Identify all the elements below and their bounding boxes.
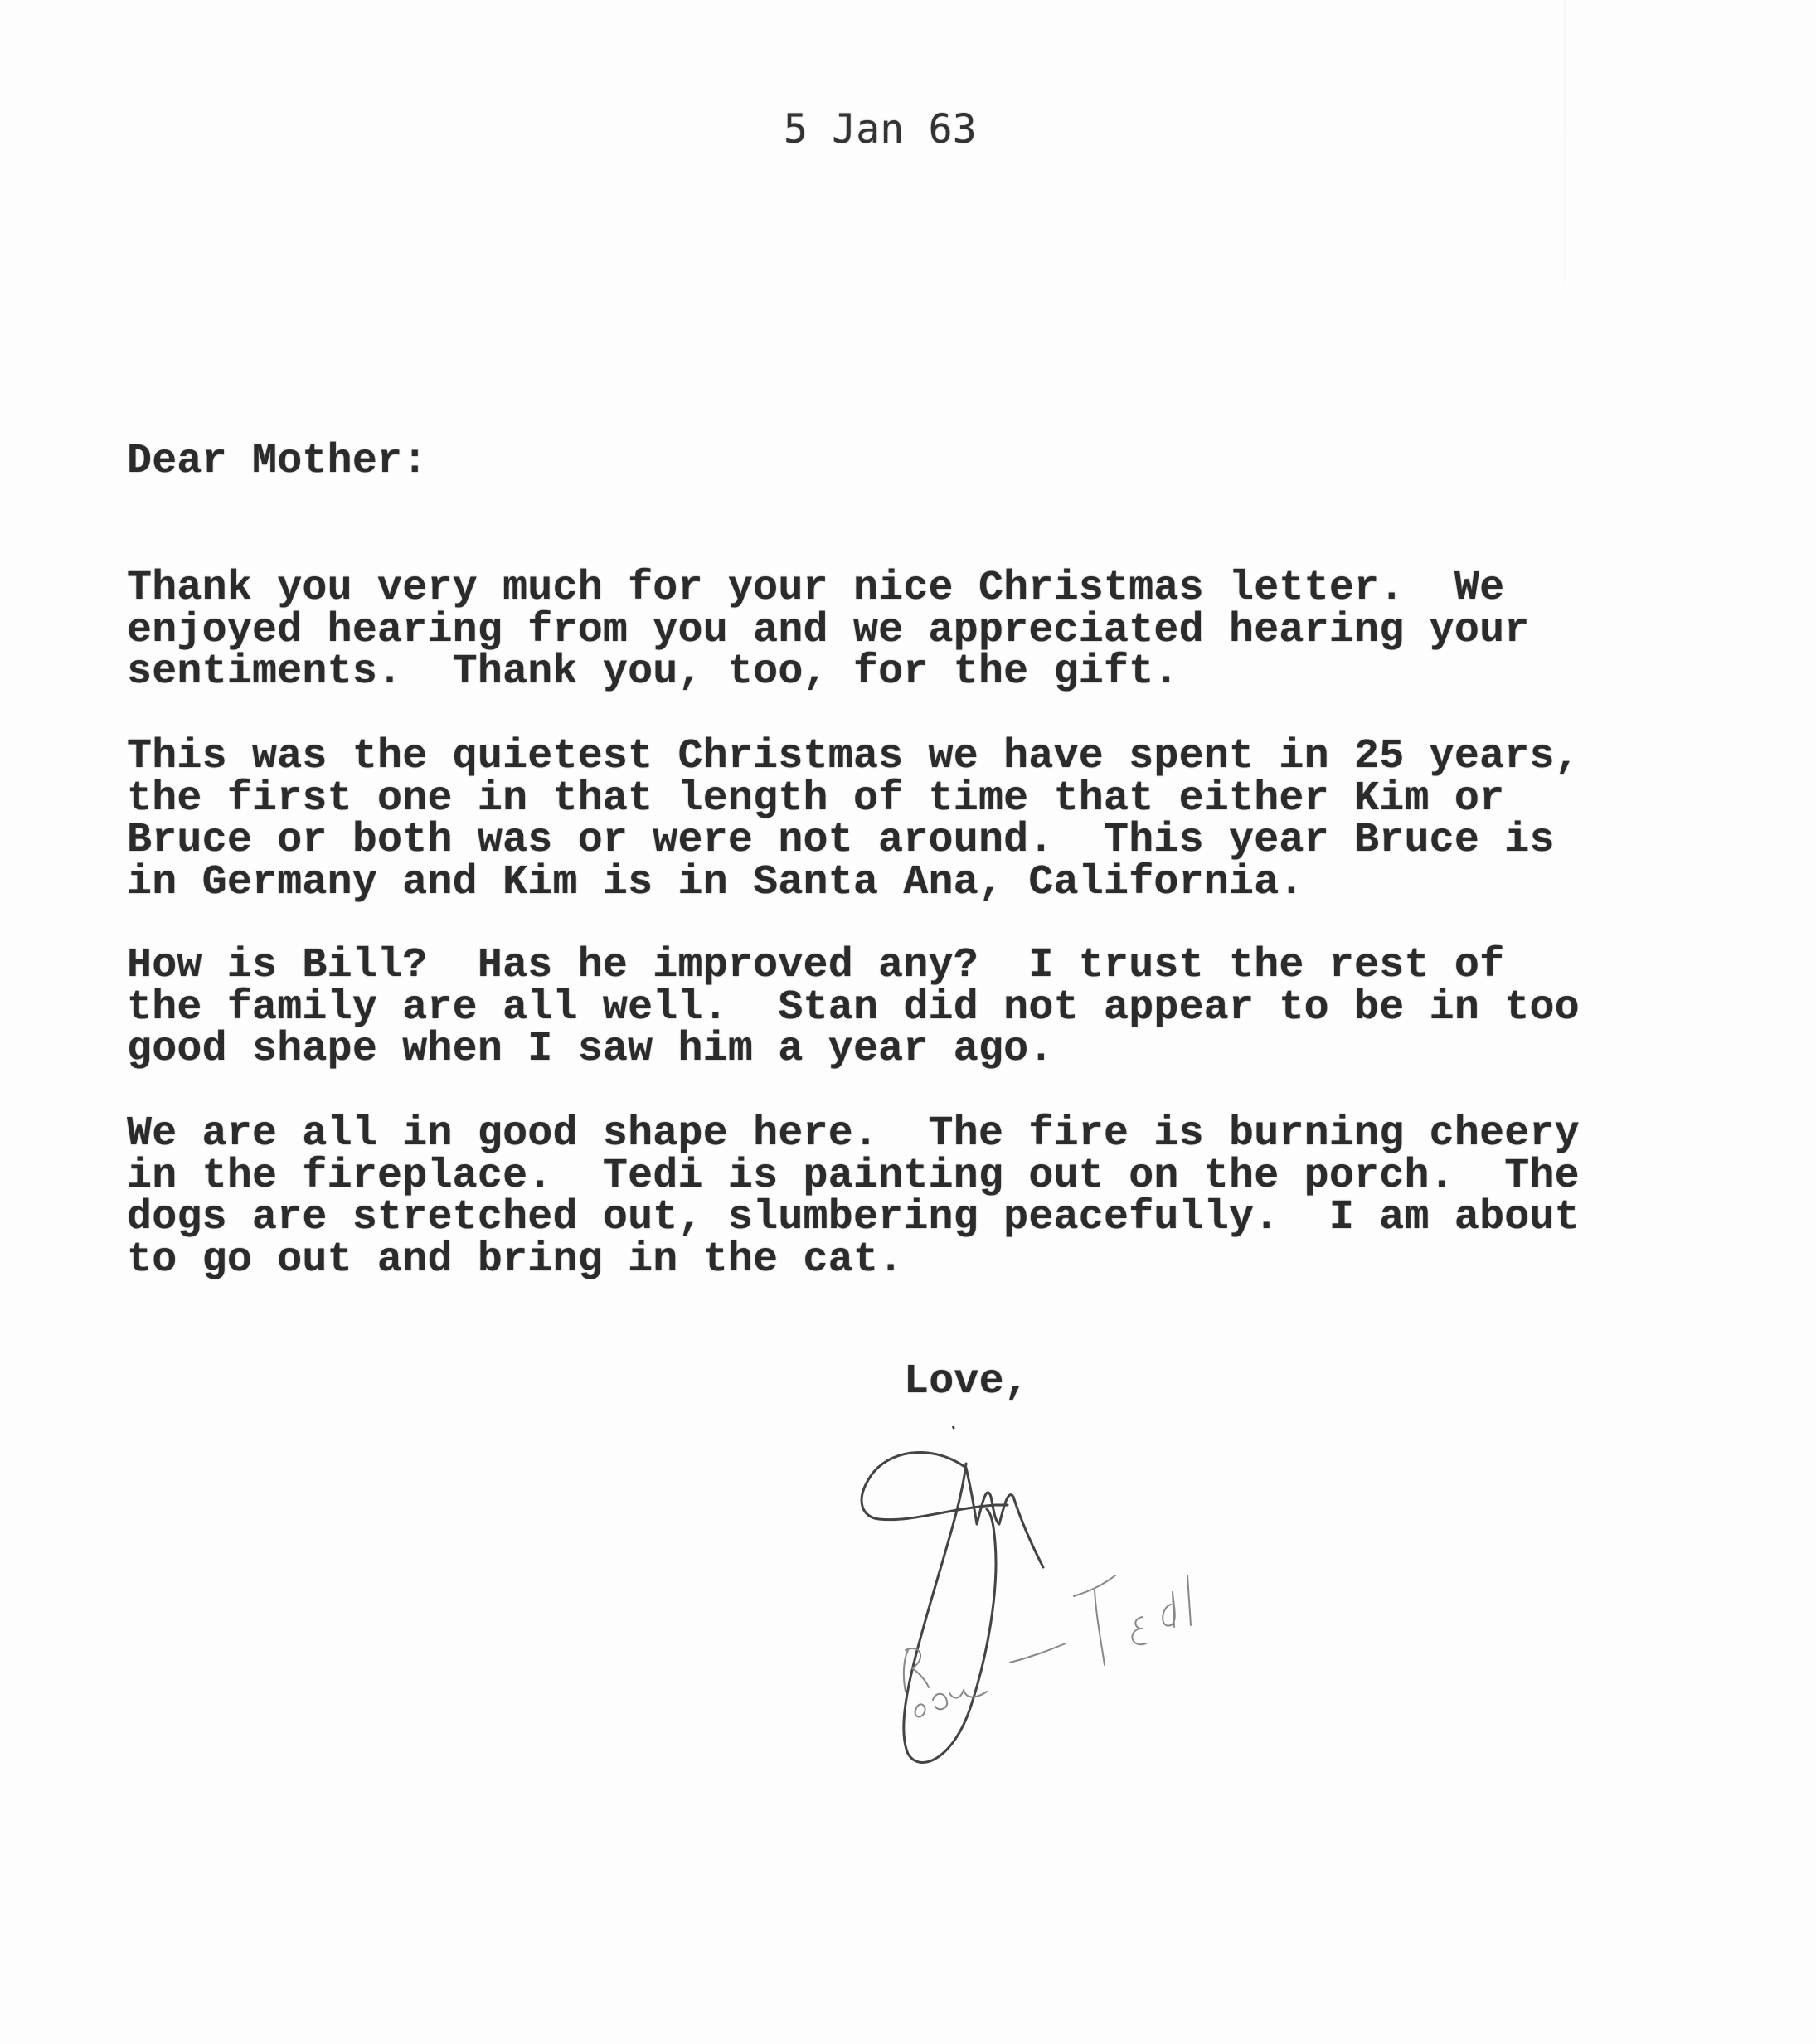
paragraph-line: good shape when I saw him a year ago.	[127, 1029, 1580, 1071]
paragraph-1: Thank you very much for your nice Christ…	[127, 568, 1529, 694]
paragraph-line: Thank you very much for your nice Christ…	[127, 568, 1529, 610]
paragraph-line: This was the quietest Christmas we have …	[127, 736, 1580, 779]
handwritten-signature: Jim	[829, 1426, 1410, 1791]
paragraph-line: dogs are stretched out, slumbering peace…	[127, 1197, 1580, 1240]
paragraph-line: enjoyed hearing from you and we apprecia…	[127, 610, 1529, 653]
paragraph-3: How is Bill? Has he improved any? I trus…	[127, 945, 1580, 1071]
letter-page: 5 Jan 63 Dear Mother: Thank you very muc…	[0, 0, 1816, 2044]
paragraph-line: in the fireplace. Tedi is painting out o…	[127, 1156, 1580, 1198]
closing: Love,	[904, 1358, 1029, 1406]
salutation: Dear Mother:	[127, 438, 427, 485]
paragraph-line: to go out and bring in the cat.	[127, 1240, 1580, 1282]
letter-date: 5 Jan 63	[784, 106, 977, 153]
paragraph-4: We are all in good shape here. The fire …	[127, 1114, 1580, 1281]
paragraph-line: sentiments. Thank you, too, for the gift…	[127, 652, 1529, 694]
paragraph-line: How is Bill? Has he improved any? I trus…	[127, 945, 1580, 988]
paragraph-2: This was the quietest Christmas we have …	[127, 736, 1580, 904]
paragraph-line: Bruce or both was or were not around. Th…	[127, 820, 1580, 862]
paragraph-line: the family are all well. Stan did not ap…	[127, 988, 1580, 1030]
scan-artifact	[1563, 0, 1566, 282]
paragraph-line: in Germany and Kim is in Santa Ana, Cali…	[127, 862, 1580, 905]
paragraph-line: We are all in good shape here. The fire …	[127, 1114, 1580, 1156]
paragraph-line: the first one in that length of time tha…	[127, 779, 1580, 821]
signature-drawing: Jim	[829, 1426, 1410, 1791]
